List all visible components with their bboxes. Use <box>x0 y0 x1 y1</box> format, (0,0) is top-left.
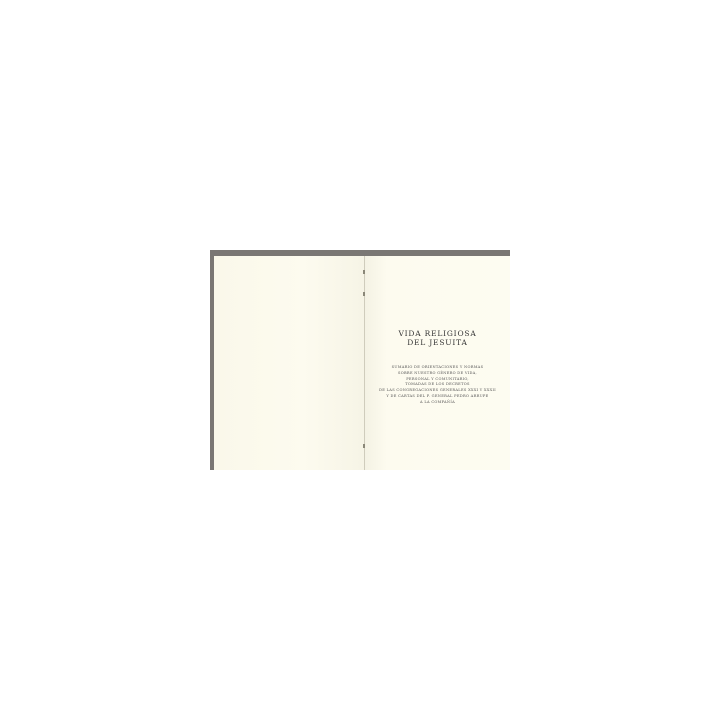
title-line: DEL JESUITA <box>365 338 510 347</box>
title-page: VIDA RELIGIOSA DEL JESUITA SUMARIO DE OR… <box>365 256 510 470</box>
subtitle-line: A LA COMPAÑÍA <box>365 400 510 406</box>
book-title: VIDA RELIGIOSA DEL JESUITA <box>365 329 510 347</box>
subtitle-line: Y DE CARTAS DEL P. GENERAL PEDRO ARRUPE <box>365 394 510 400</box>
open-book: VIDA RELIGIOSA DEL JESUITA SUMARIO DE OR… <box>210 250 510 470</box>
left-page <box>214 256 364 470</box>
book-subtitle: SUMARIO DE ORIENTACIONES Y NORMAS SOBRE … <box>365 365 510 406</box>
book-pages: VIDA RELIGIOSA DEL JESUITA SUMARIO DE OR… <box>214 256 510 470</box>
title-line: VIDA RELIGIOSA <box>365 329 510 338</box>
